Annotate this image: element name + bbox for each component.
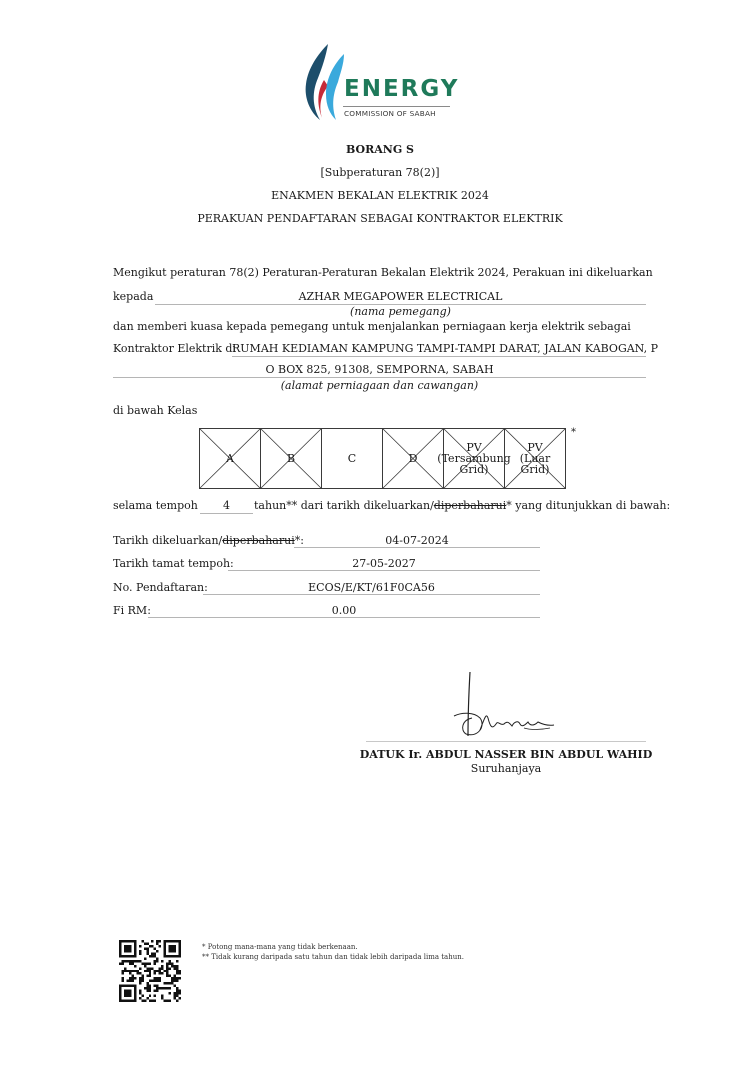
- holder-name-field: AZHAR MEGAPOWER ELECTRICAL: [155, 290, 646, 305]
- expiry-date-value: 27-05-2027: [228, 557, 540, 571]
- class-box: PV(TersambungGrid): [443, 428, 505, 489]
- expiry-date-label: Tarikh tamat tempoh:: [113, 557, 234, 570]
- logo-subtitle: COMMISSION OF SABAH: [344, 109, 436, 118]
- qr-code: [119, 940, 181, 1002]
- class-box: B: [260, 428, 322, 489]
- class-box-label: B: [287, 453, 295, 464]
- period-years-field: 4: [200, 499, 253, 514]
- enactment-title: ENAKMEN BEKALAN ELEKTRIK 2024: [0, 189, 752, 202]
- issued-date-label: Tarikh dikeluarkan/diperbaharui*:: [113, 534, 304, 547]
- certificate-title: PERAKUAN PENDAFTARAN SEBAGAI KONTRAKTOR …: [0, 212, 752, 225]
- address-line1-field: RUMAH KEDIAMAN KAMPUNG TAMPI-TAMPI DARAT…: [232, 342, 646, 357]
- class-box-label: A: [226, 453, 234, 464]
- form-title: BORANG S: [0, 143, 752, 156]
- class-box-label: D: [409, 453, 418, 464]
- class-box: PV(Luar Grid): [504, 428, 566, 489]
- contractor-label: Kontraktor Elektrik di: [113, 342, 236, 355]
- class-boxes: ABCDPV(TersambungGrid)PV(Luar Grid): [199, 428, 565, 488]
- class-label: di bawah Kelas: [113, 404, 197, 417]
- class-box-label: PV(TersambungGrid): [437, 442, 510, 475]
- signatory-title: Suruhanjaya: [356, 762, 656, 775]
- flame-icon: [300, 40, 350, 125]
- fee-label: Fi RM:: [113, 604, 151, 617]
- footnote-1: * Potong mana-mana yang tidak berkenaan.: [202, 943, 358, 951]
- address-line2-field: O BOX 825, 91308, SEMPORNA, SABAH: [113, 363, 646, 378]
- registration-no-label: No. Pendaftaran:: [113, 581, 208, 594]
- class-box: C: [321, 428, 383, 489]
- signature-image: [450, 668, 560, 740]
- intro-text: Mengikut peraturan 78(2) Peraturan-Perat…: [113, 266, 653, 279]
- energy-commission-logo: ENERGY COMMISSION OF SABAH: [300, 40, 460, 125]
- holder-caption: (nama pemegang): [155, 305, 646, 318]
- address-caption: (alamat perniagaan dan cawangan): [113, 379, 646, 392]
- to-label: kepada: [113, 290, 153, 303]
- signatory-name: DATUK Ir. ABDUL NASSER BIN ABDUL WAHID: [356, 748, 656, 761]
- fee-value: 0.00: [148, 604, 540, 618]
- footnote-2: ** Tidak kurang daripada satu tahun dan …: [202, 953, 464, 961]
- authority-text: dan memberi kuasa kepada pemegang untuk …: [113, 320, 631, 333]
- logo-word: ENERGY: [344, 76, 459, 102]
- period-label: selama tempoh: [113, 499, 198, 512]
- signature-line: [366, 741, 646, 742]
- class-box: A: [199, 428, 261, 489]
- logo-divider: [343, 106, 450, 107]
- class-box-label: C: [348, 453, 356, 464]
- class-box: D: [382, 428, 444, 489]
- issued-date-value: 04-07-2024: [294, 534, 540, 548]
- registration-no-value: ECOS/E/KT/61F0CA56: [203, 581, 540, 595]
- subregulation: [Subperaturan 78(2)]: [0, 166, 752, 179]
- period-text: tahun** dari tarikh dikeluarkan/diperbah…: [254, 499, 670, 512]
- class-box-label: PV(Luar Grid): [505, 442, 565, 475]
- class-asterisk: *: [571, 427, 576, 438]
